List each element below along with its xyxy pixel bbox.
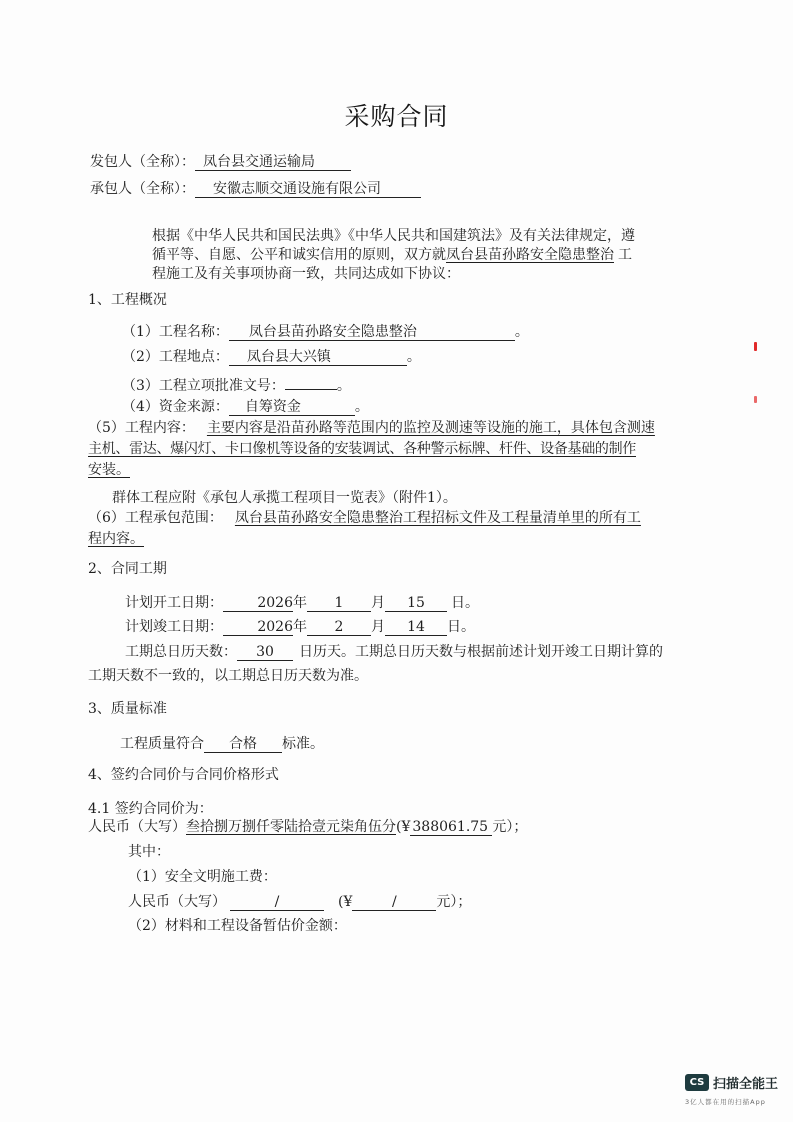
planned-end-date-line: 计划竣工日期：2026年2月14日。 <box>125 618 475 636</box>
contract-scope-line-2: 程内容。 <box>88 530 144 548</box>
funding-source-line: （4）资金来源：自筹资金。 <box>122 398 369 416</box>
approval-number-value <box>285 373 337 390</box>
safety-fee-label: （1）安全文明施工费： <box>128 868 277 886</box>
preamble-line-2: 循平等、自愿、公平和诚实信用的原则，双方就凤台县苗孙路安全隐患整治工 <box>152 246 632 264</box>
project-content-line-1: （5）工程内容：主要内容是沿苗孙路等范围内的监控及测速等设施的施工，具体包含测速 <box>88 419 655 437</box>
safety-fee-line: 人民币（大写）/(¥/元）； <box>128 893 471 911</box>
contractor-line: 承包人（全称）：安徽志顺交通设施有限公司 <box>90 180 421 198</box>
section-4-heading: 4、签约合同价与合同价格形式 <box>88 766 279 784</box>
section-3-heading: 3、质量标准 <box>88 700 167 718</box>
funding-source-value: 自筹资金 <box>229 399 355 416</box>
contractor-label: 承包人（全称）： <box>90 181 195 197</box>
camscanner-logo-icon: CS <box>685 1074 709 1091</box>
including-label: 其中： <box>128 843 170 861</box>
project-location-line: （2）工程地点：凤台县大兴镇。 <box>122 348 421 366</box>
preamble-line-1: 根据《中华人民共和国民法典》《中华人民共和国建筑法》及有关法律规定，遵 <box>152 227 635 245</box>
red-margin-mark <box>754 342 757 351</box>
end-month: 2 <box>307 619 371 636</box>
contract-price-words: 叁拾捌万捌仟零陆拾壹元柒角伍分 <box>186 819 396 835</box>
project-content-line-3: 安装。 <box>88 461 130 479</box>
camscanner-tagline: 3亿人都在用的扫描App <box>685 1097 766 1106</box>
project-name-value: 凤台县苗孙路安全隐患整治 <box>229 324 515 341</box>
contractor-value: 安徽志顺交通设施有限公司 <box>195 181 421 198</box>
contract-scope-line-1: （6）工程承包范围：凤台县苗孙路安全隐患整治工程招标文件及工程量清单里的所有工 <box>88 509 641 527</box>
end-year: 2026 <box>223 619 293 636</box>
total-days-line: 工期总日历天数：30日历天。工期总日历天数与根据前述计划开竣工日期计算的 <box>125 643 663 661</box>
employer-line: 发包人（全称）：凤台县交通运输局 <box>90 153 351 171</box>
total-days-value: 30 <box>237 644 293 661</box>
page-title: 采购合同 <box>0 97 793 133</box>
red-margin-mark <box>754 396 757 403</box>
quality-standard-value: 合格 <box>204 736 282 753</box>
preamble-line-3: 程施工及有关事项协商一致，共同达成如下协议： <box>152 265 460 283</box>
employer-value: 凤台县交通运输局 <box>195 154 351 171</box>
safety-fee-amount: / <box>352 894 436 911</box>
provisional-sum-label: （2）材料和工程设备暂估价金额： <box>128 917 347 935</box>
project-content-value: 主要内容是沿苗孙路等范围内的监控及测速等设施的施工，具体包含测速 <box>195 420 655 436</box>
end-day: 14 <box>385 619 447 636</box>
employer-label: 发包人（全称）： <box>90 154 195 170</box>
total-days-note: 工期天数不一致的，以工期总日历天数为准。 <box>88 667 368 685</box>
section-2-heading: 2、合同工期 <box>88 560 167 578</box>
project-location-value: 凤台县大兴镇 <box>229 349 407 366</box>
start-day: 15 <box>385 595 447 612</box>
planned-start-date-line: 计划开工日期：2026年1月15日。 <box>125 594 479 612</box>
project-name-line: （1）工程名称：凤台县苗孙路安全隐患整治。 <box>122 323 529 341</box>
start-month: 1 <box>307 595 371 612</box>
contract-price-amount: 388061.75 <box>410 819 492 836</box>
section-1-heading: 1、工程概况 <box>88 291 167 309</box>
contract-price-line: 人民币（大写）叁拾捌万捌仟零陆拾壹元柒角伍分(¥388061.75元）； <box>88 818 527 836</box>
approval-number-line: （3）工程立项批准文号：。 <box>122 373 351 395</box>
quality-standard-line: 工程质量符合合格标准。 <box>120 735 324 753</box>
camscanner-app-name: 扫描全能王 <box>713 1073 778 1092</box>
preamble-project-name: 凤台县苗孙路安全隐患整治 <box>446 247 614 263</box>
group-project-note: 群体工程应附《承包人承揽工程项目一览表》（附件1）。 <box>112 489 457 507</box>
start-year: 2026 <box>223 595 293 612</box>
contract-scope-value: 凤台县苗孙路安全隐患整治工程招标文件及工程量清单里的所有工 <box>223 510 641 526</box>
safety-fee-words: / <box>230 894 324 911</box>
contract-price-heading: 4.1 签约合同价为： <box>88 800 213 818</box>
project-content-line-2: 主机、雷达、爆闪灯、卡口像机等设备的安装调试、各种警示标牌、杆件、设备基础的制作 <box>88 440 636 458</box>
